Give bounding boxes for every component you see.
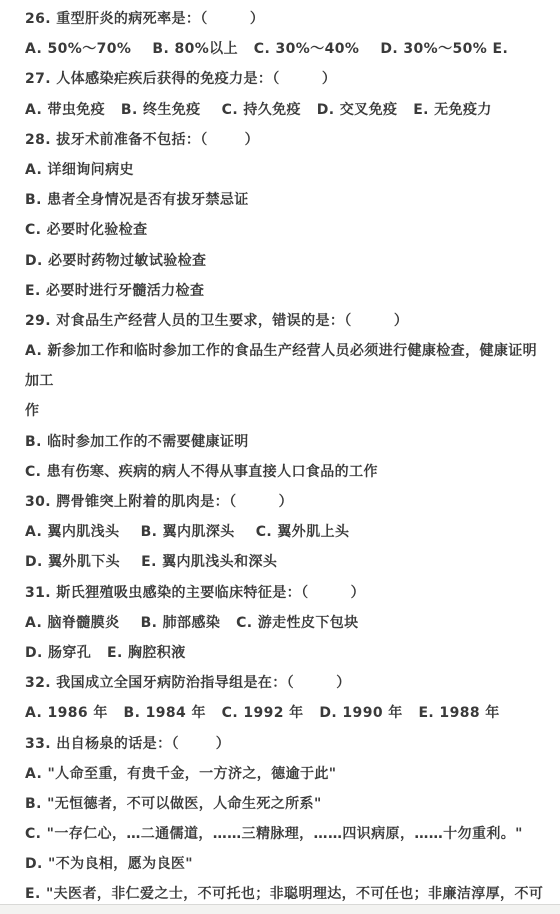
option-line: D. 肠穿孔 E. 胸腔积液 (25, 638, 548, 668)
option-line: A. 详细询问病史 (25, 155, 548, 185)
option-line: A. "人命至重，有贵千金，一方济之，德逾于此" (25, 759, 548, 789)
question-stem: 29. 对食品生产经营人员的卫生要求，错误的是：（ ） (25, 306, 548, 336)
option-line: C. 患有伤寒、疾病的病人不得从事直接人口食品的工作 (25, 457, 548, 487)
option-line: B. 临时参加工作的不需要健康证明 (25, 427, 548, 457)
option-line: C. 必要时化验检查 (25, 215, 548, 245)
question-list: 26. 重型肝炎的病死率是：（ ）A. 50%～70% B. 80%以上 C. … (25, 4, 548, 910)
option-line: B. "无恒德者，不可以做医，人命生死之所系" (25, 789, 548, 819)
continuation-line: 加工 (25, 366, 548, 396)
question-stem: 32. 我国成立全国牙病防治指导组是在：（ ） (25, 668, 548, 698)
question-stem: 30. 腭骨锥突上附着的肌肉是：（ ） (25, 487, 548, 517)
option-line: D. "不为良相，愿为良医" (25, 849, 548, 879)
question-stem: 33. 出自杨泉的话是：（ ） (25, 729, 548, 759)
question-stem: 31. 斯氏狸殖吸虫感染的主要临床特征是：（ ） (25, 578, 548, 608)
question-stem: 28. 拔牙术前准备不包括：（ ） (25, 125, 548, 155)
option-line: B. 患者全身情况是否有拔牙禁忌证 (25, 185, 548, 215)
continuation-line: 作 (25, 396, 548, 426)
option-line: A. 50%～70% B. 80%以上 C. 30%～40% D. 30%～50… (25, 34, 548, 64)
question-stem: 27. 人体感染疟疾后获得的免疫力是：（ ） (25, 64, 548, 94)
exam-document-page: 26. 重型肝炎的病死率是：（ ）A. 50%～70% B. 80%以上 C. … (0, 0, 560, 914)
option-line: A. 翼内肌浅头 B. 翼内肌深头 C. 翼外肌上头 (25, 517, 548, 547)
option-line: C. "一存仁心，…二通儒道，……三精脉理，……四识病原，……十勿重利。" (25, 819, 548, 849)
option-line: A. 带虫免疫 B. 终生免疫 C. 持久免疫 D. 交叉免疫 E. 无免疫力 (25, 95, 548, 125)
question-stem: 26. 重型肝炎的病死率是：（ ） (25, 4, 548, 34)
page-bottom-edge (0, 904, 560, 914)
option-line: A. 1986 年 B. 1984 年 C. 1992 年 D. 1990 年 … (25, 698, 548, 728)
option-line: A. 新参加工作和临时参加工作的食品生产经营人员必须进行健康检查，健康证明后方可… (25, 336, 548, 366)
option-line: A. 脑脊髓膜炎 B. 肺部感染 C. 游走性皮下包块 (25, 608, 548, 638)
option-line: D. 翼外肌下头 E. 翼内肌浅头和深头 (25, 547, 548, 577)
option-line: D. 必要时药物过敏试验检查 (25, 246, 548, 276)
option-line: E. 必要时进行牙髓活力检查 (25, 276, 548, 306)
